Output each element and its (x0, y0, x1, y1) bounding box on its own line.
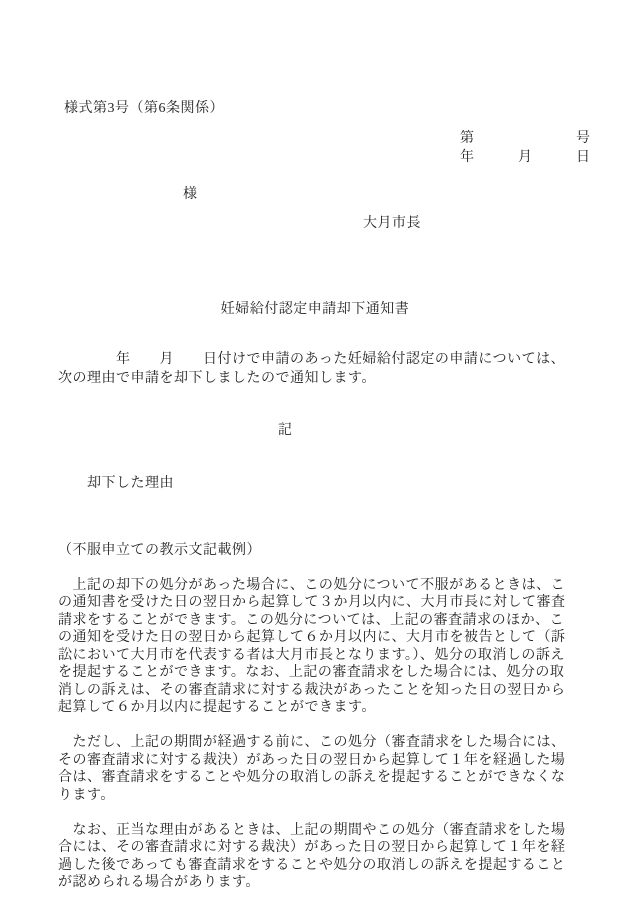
issue-date-line: 年 月 日 (460, 148, 591, 167)
rejection-reason-label: 却下した理由 (58, 474, 174, 493)
form-number-label: 様式第3号（第6条関係） (64, 99, 224, 118)
appeal-instructions-paragraph: 上記の却下の処分があった場合に、この処分について不服があるときは、こ の通知書を… (58, 577, 618, 717)
document-number-line: 第 号 (460, 129, 591, 148)
appeal-instructions-heading: （不服申立ての教示文記載例） (58, 542, 618, 560)
appeal-instructions-paragraph: なお、正当な理由があるときは、上記の期間やこの処分（審査請求をした場 合には、そ… (58, 822, 618, 892)
intro-paragraph: 年 月 日付けで申請のあった妊婦給付認定の申請については、 次の理由で申請を却下… (58, 350, 614, 388)
addressee-suffix: 様 (183, 185, 198, 204)
document-page: 様式第3号（第6条関係） 第 号 年 月 日 様 大月市長 妊婦給付認定申請却下… (0, 0, 630, 903)
appeal-instructions-paragraph: ただし、上記の期間が経過する前に、この処分（審査請求をした場合には、 その審査請… (58, 734, 618, 804)
document-title: 妊婦給付認定申請却下通知書 (0, 300, 630, 319)
appeal-instructions-block: （不服申立ての教示文記載例） 上記の却下の処分があった場合に、この処分について不… (58, 524, 618, 903)
ki-marker: 記 (278, 421, 293, 440)
sender-mayor-name: 大月市長 (363, 214, 421, 233)
